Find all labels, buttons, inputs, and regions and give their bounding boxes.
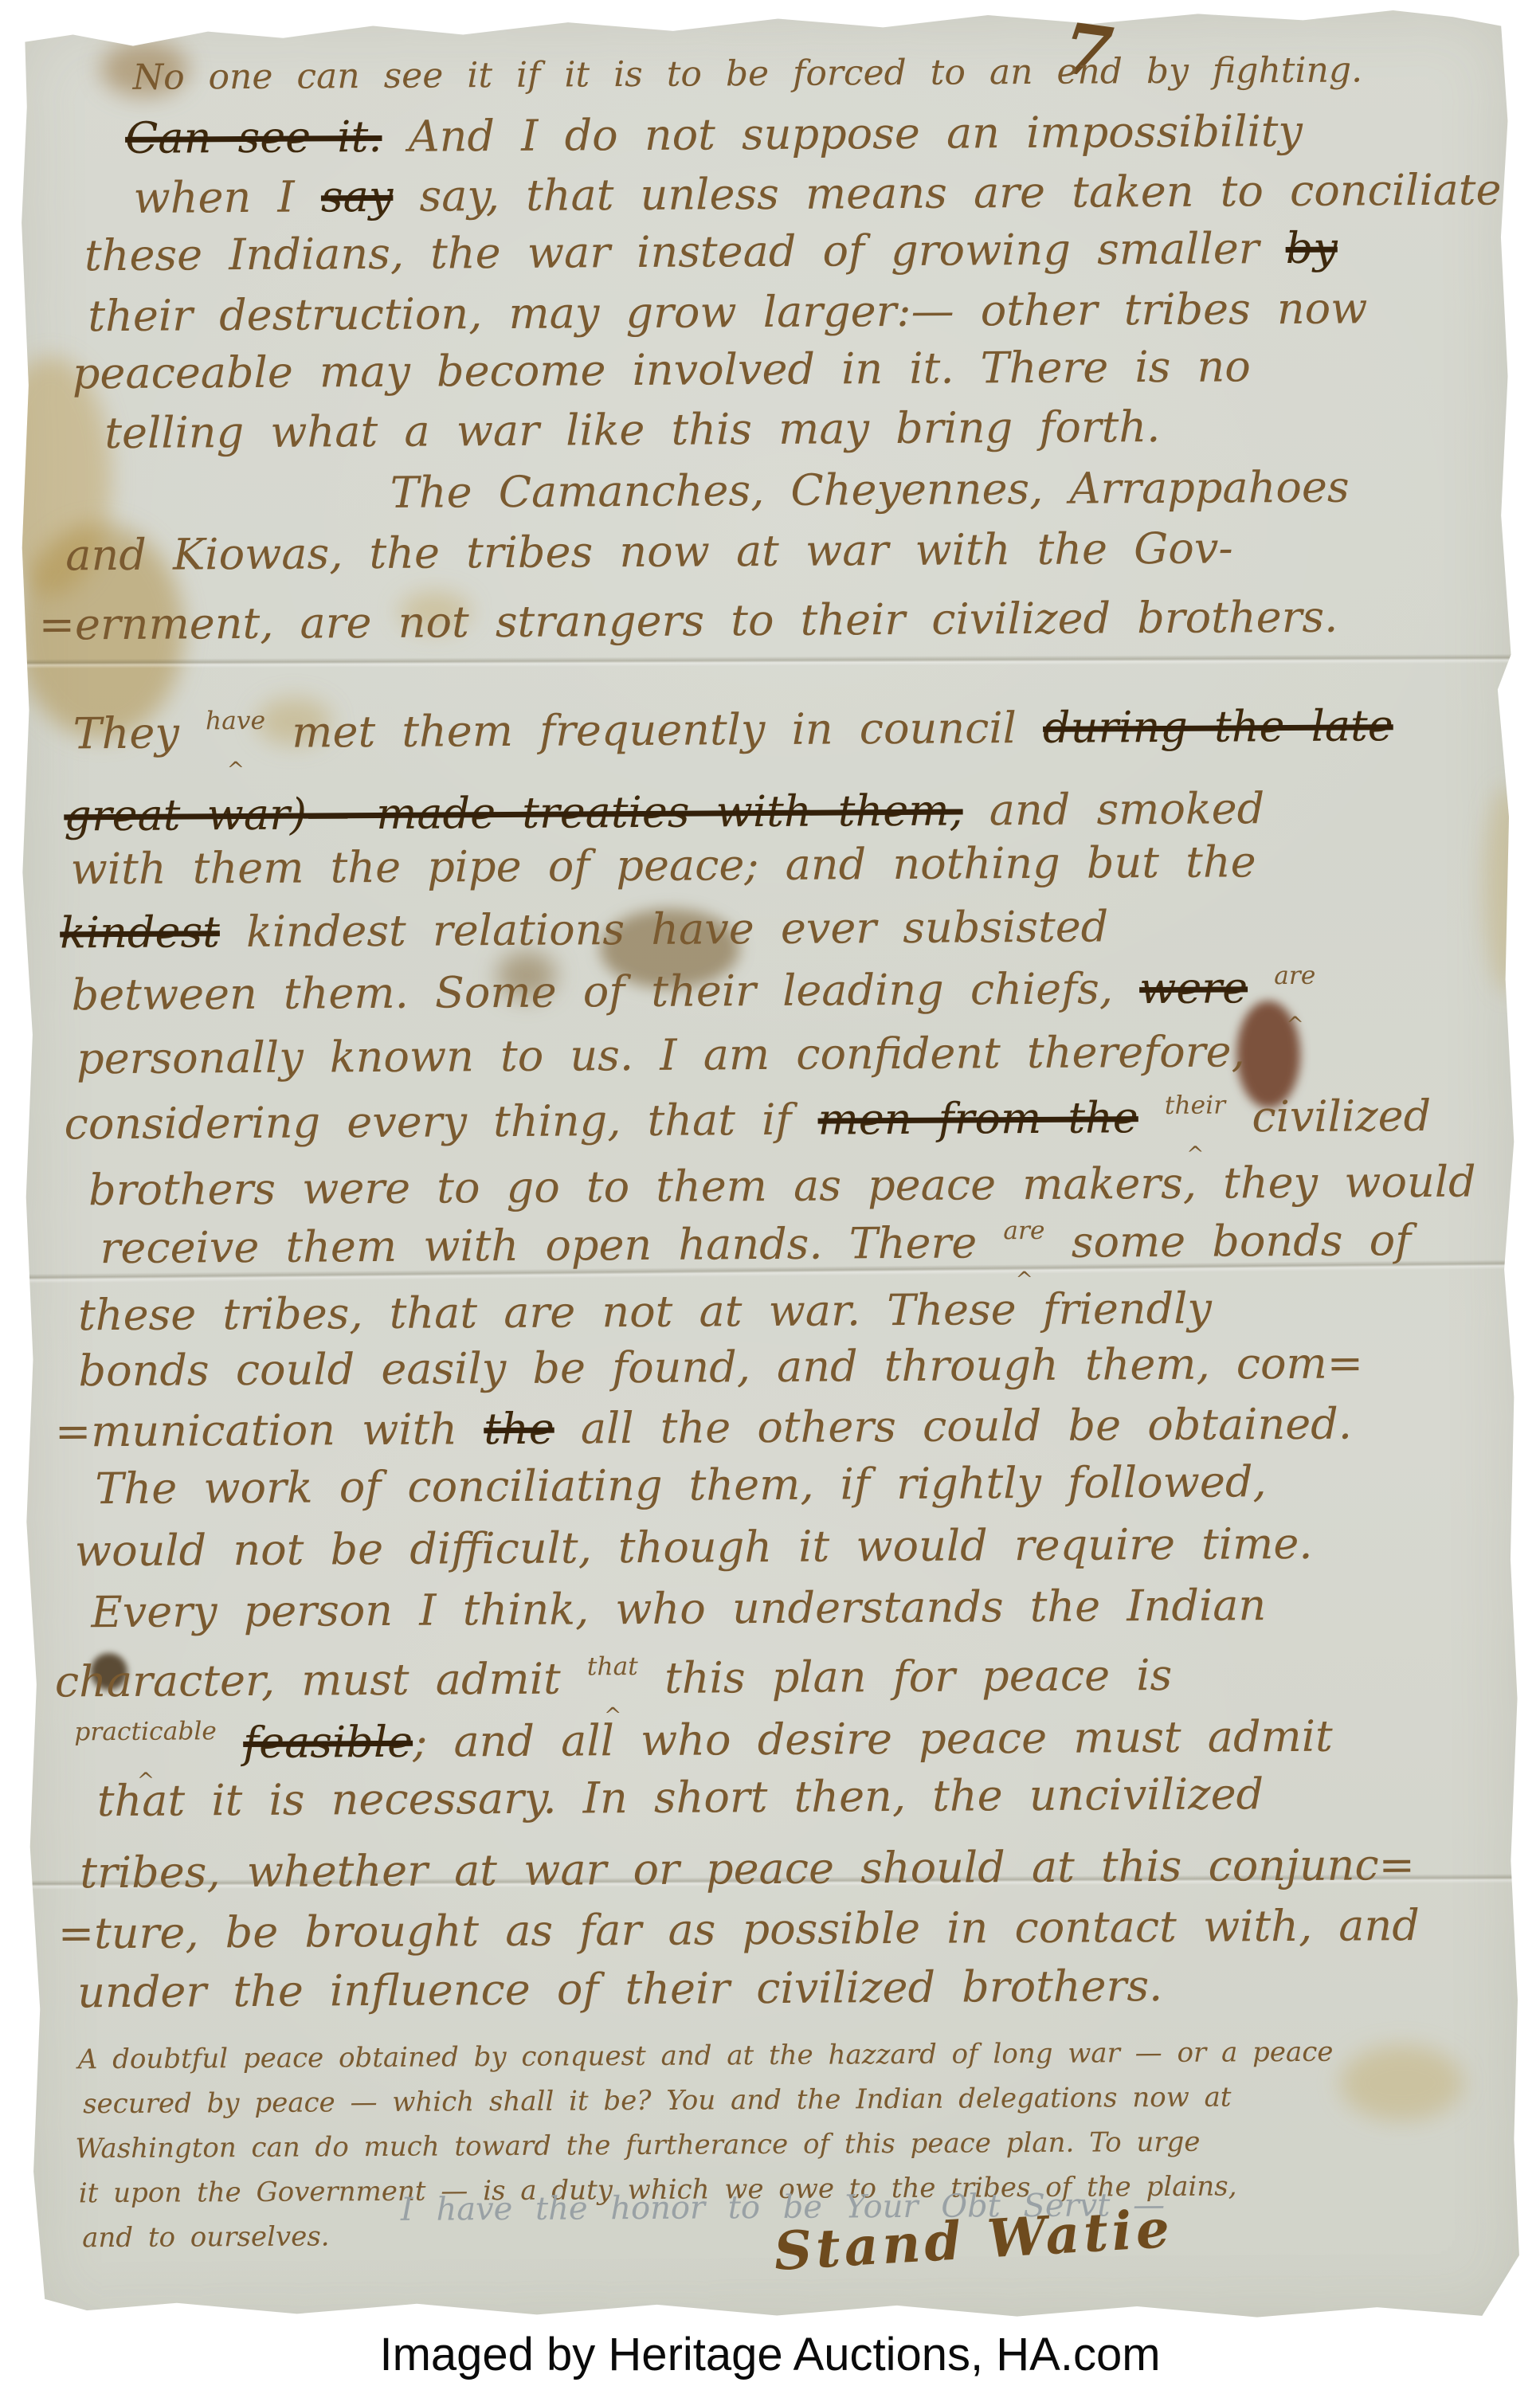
handwritten-text: under the influence of their civilized b… bbox=[77, 1961, 1162, 2017]
struck-text: were bbox=[1139, 962, 1248, 1013]
handwritten-text: Washington can do much toward the furthe… bbox=[75, 2126, 1200, 2165]
handwritten-text: brothers were to go to them as peace mak… bbox=[88, 1157, 1476, 1216]
handwritten-text bbox=[1138, 1092, 1166, 1142]
manuscript-line: Can see it. And I do not suppose an impo… bbox=[125, 106, 1303, 163]
inserted-text: that bbox=[587, 1652, 638, 1681]
manuscript-line: would not be difficult, though it would … bbox=[75, 1518, 1313, 1576]
manuscript-line: A doubtful peace obtained by conquest an… bbox=[78, 2036, 1334, 2076]
manuscript-line: these Indians, the war instead of growin… bbox=[84, 223, 1338, 281]
handwritten-text bbox=[217, 1718, 244, 1768]
handwritten-text: that it is necessary. In short then, the… bbox=[97, 1769, 1264, 1826]
handwritten-text: The work of conciliating them, if rightl… bbox=[95, 1456, 1267, 1514]
struck-text: kindest bbox=[60, 907, 220, 958]
manuscript-line: and to ourselves. bbox=[82, 2220, 330, 2254]
struck-text: the bbox=[484, 1404, 554, 1455]
handwritten-text: their destruction, may grow larger:— oth… bbox=[88, 283, 1367, 341]
handwritten-text: tribes, whether at war or peace should a… bbox=[80, 1840, 1415, 1898]
manuscript-line: great war)— made treaties with them, and… bbox=[64, 783, 1264, 840]
handwritten-text: secured by peace — which shall it be? Yo… bbox=[83, 2081, 1232, 2120]
manuscript-line: these tribes, that are not at war. These… bbox=[78, 1283, 1212, 1341]
struck-text: feasible bbox=[243, 1717, 413, 1768]
manuscript-line: The Camanches, Cheyennes, Arrappahoes bbox=[390, 462, 1350, 518]
handwritten-text: The Camanches, Cheyennes, Arrappahoes bbox=[390, 462, 1350, 518]
handwritten-text: these tribes, that are not at war. These… bbox=[78, 1283, 1212, 1341]
manuscript-line: when I say say, that unless means are ta… bbox=[133, 164, 1501, 222]
handwritten-text: ; and all who desire peace must admit bbox=[413, 1711, 1333, 1767]
struck-text: men from the bbox=[817, 1092, 1138, 1144]
manuscript-line: brothers were to go to them as peace mak… bbox=[88, 1157, 1476, 1216]
handwritten-text: considering every thing, that if bbox=[64, 1095, 817, 1150]
manuscript-line: secured by peace — which shall it be? Yo… bbox=[83, 2081, 1232, 2120]
handwritten-text: with them the pipe of peace; and nothing… bbox=[70, 836, 1256, 894]
handwritten-text: And I do not suppose an impossibility bbox=[382, 106, 1303, 162]
inserted-text: are bbox=[1274, 962, 1315, 990]
handwritten-text: all the others could be obtained. bbox=[554, 1399, 1353, 1454]
manuscript-line: Every person I think, who understands th… bbox=[91, 1580, 1266, 1637]
inserted-text: have bbox=[206, 707, 265, 735]
manuscript-line: considering every thing, that if men fro… bbox=[64, 1091, 1431, 1149]
manuscript-line: They have met them frequently in council… bbox=[72, 700, 1393, 758]
manuscript-line: kindest kindest relations have ever subs… bbox=[60, 901, 1108, 958]
manuscript-line: with them the pipe of peace; and nothing… bbox=[70, 836, 1256, 894]
manuscript-line: No one can see it if it is to be forced … bbox=[132, 49, 1362, 97]
paper-stain bbox=[1483, 786, 1533, 993]
manuscript-line: and Kiowas, the tribes now at war with t… bbox=[65, 523, 1233, 580]
manuscript-line: Washington can do much toward the furthe… bbox=[75, 2126, 1200, 2165]
manuscript-line: between them. Some of their leading chie… bbox=[71, 962, 1315, 1021]
manuscript-line: under the influence of their civilized b… bbox=[77, 1961, 1162, 2017]
handwritten-text: character, must admit bbox=[55, 1653, 587, 1706]
handwritten-text: =ernment, are not strangers to their civ… bbox=[39, 592, 1338, 650]
handwritten-text: telling what a war like this may bring f… bbox=[104, 402, 1160, 458]
manuscript-line: receive them with open hands. There are … bbox=[100, 1215, 1411, 1273]
handwritten-text bbox=[1248, 962, 1275, 1013]
manuscript-line: tribes, whether at war or peace should a… bbox=[80, 1840, 1415, 1898]
manuscript-line: telling what a war like this may bring f… bbox=[104, 402, 1160, 458]
manuscript-line: personally known to us. I am confident t… bbox=[76, 1026, 1245, 1083]
auction-house-caption: Imaged by Heritage Auctions, HA.com bbox=[0, 2328, 1540, 2381]
fold-crease bbox=[17, 654, 1517, 669]
struck-text: during the late bbox=[1043, 700, 1393, 753]
scanned-image: 7 No one can see it if it is to be force… bbox=[0, 0, 1540, 2390]
handwritten-text: kindest relations have ever subsisted bbox=[220, 901, 1109, 957]
manuscript-line: their destruction, may grow larger:— oth… bbox=[88, 283, 1367, 341]
handwritten-text: some bonds of bbox=[1044, 1215, 1411, 1267]
struck-text: say bbox=[321, 171, 394, 222]
manuscript-line: The work of conciliating them, if rightl… bbox=[95, 1456, 1267, 1514]
inserted-text: their bbox=[1165, 1091, 1225, 1120]
handwritten-text: civilized bbox=[1225, 1091, 1431, 1142]
manuscript-line: that it is necessary. In short then, the… bbox=[97, 1769, 1264, 1826]
manuscript-line: character, must admit that this plan for… bbox=[55, 1650, 1173, 1707]
manuscript-line: =munication with the all the others coul… bbox=[55, 1399, 1352, 1457]
manuscript-lines: No one can see it if it is to be forced … bbox=[13, 5, 1513, 14]
handwritten-text: met them frequently in council bbox=[265, 703, 1043, 758]
handwritten-text: and smoked bbox=[962, 783, 1264, 835]
handwritten-text: would not be difficult, though it would … bbox=[75, 1518, 1313, 1576]
handwritten-text: receive them with open hands. There bbox=[100, 1217, 1003, 1273]
manuscript-line: peaceable may become involved in it. The… bbox=[72, 341, 1251, 398]
handwritten-text: They bbox=[72, 707, 206, 758]
handwritten-text: and Kiowas, the tribes now at war with t… bbox=[65, 523, 1233, 580]
inserted-text: are bbox=[1003, 1217, 1044, 1245]
handwritten-text: and to ourselves. bbox=[82, 2220, 330, 2254]
handwritten-text: bonds could easily be found, and through… bbox=[78, 1338, 1363, 1396]
handwritten-text: personally known to us. I am confident t… bbox=[76, 1026, 1245, 1083]
inserted-text: practicable bbox=[74, 1717, 217, 1746]
paper-stain bbox=[1340, 2045, 1464, 2122]
manuscript-line: practicable feasible; and all who desire… bbox=[74, 1711, 1333, 1769]
handwritten-text: No one can see it if it is to be forced … bbox=[132, 49, 1362, 97]
handwritten-text: peaceable may become involved in it. The… bbox=[72, 341, 1251, 398]
handwritten-text: when I bbox=[133, 171, 321, 222]
manuscript-page: 7 No one can see it if it is to be force… bbox=[13, 5, 1527, 2333]
manuscript-line: =ture, be brought as far as possible in … bbox=[58, 1900, 1420, 1958]
handwritten-text: this plan for peace is bbox=[638, 1650, 1173, 1703]
handwritten-text: say, that unless means are taken to conc… bbox=[393, 164, 1501, 221]
handwritten-text: these Indians, the war instead of growin… bbox=[84, 223, 1286, 280]
manuscript-line: =ernment, are not strangers to their civ… bbox=[39, 592, 1338, 650]
handwritten-text: =munication with bbox=[55, 1404, 484, 1456]
manuscript-line: bonds could easily be found, and through… bbox=[78, 1338, 1363, 1396]
struck-text: by bbox=[1285, 223, 1337, 273]
struck-text: Can see it. bbox=[125, 112, 382, 163]
handwritten-text: =ture, be brought as far as possible in … bbox=[58, 1900, 1420, 1958]
handwritten-text: A doubtful peace obtained by conquest an… bbox=[78, 2036, 1334, 2076]
handwritten-text: Every person I think, who understands th… bbox=[91, 1580, 1266, 1637]
handwritten-text: between them. Some of their leading chie… bbox=[71, 963, 1139, 1020]
struck-text: great war)— made treaties with them, bbox=[64, 786, 963, 841]
